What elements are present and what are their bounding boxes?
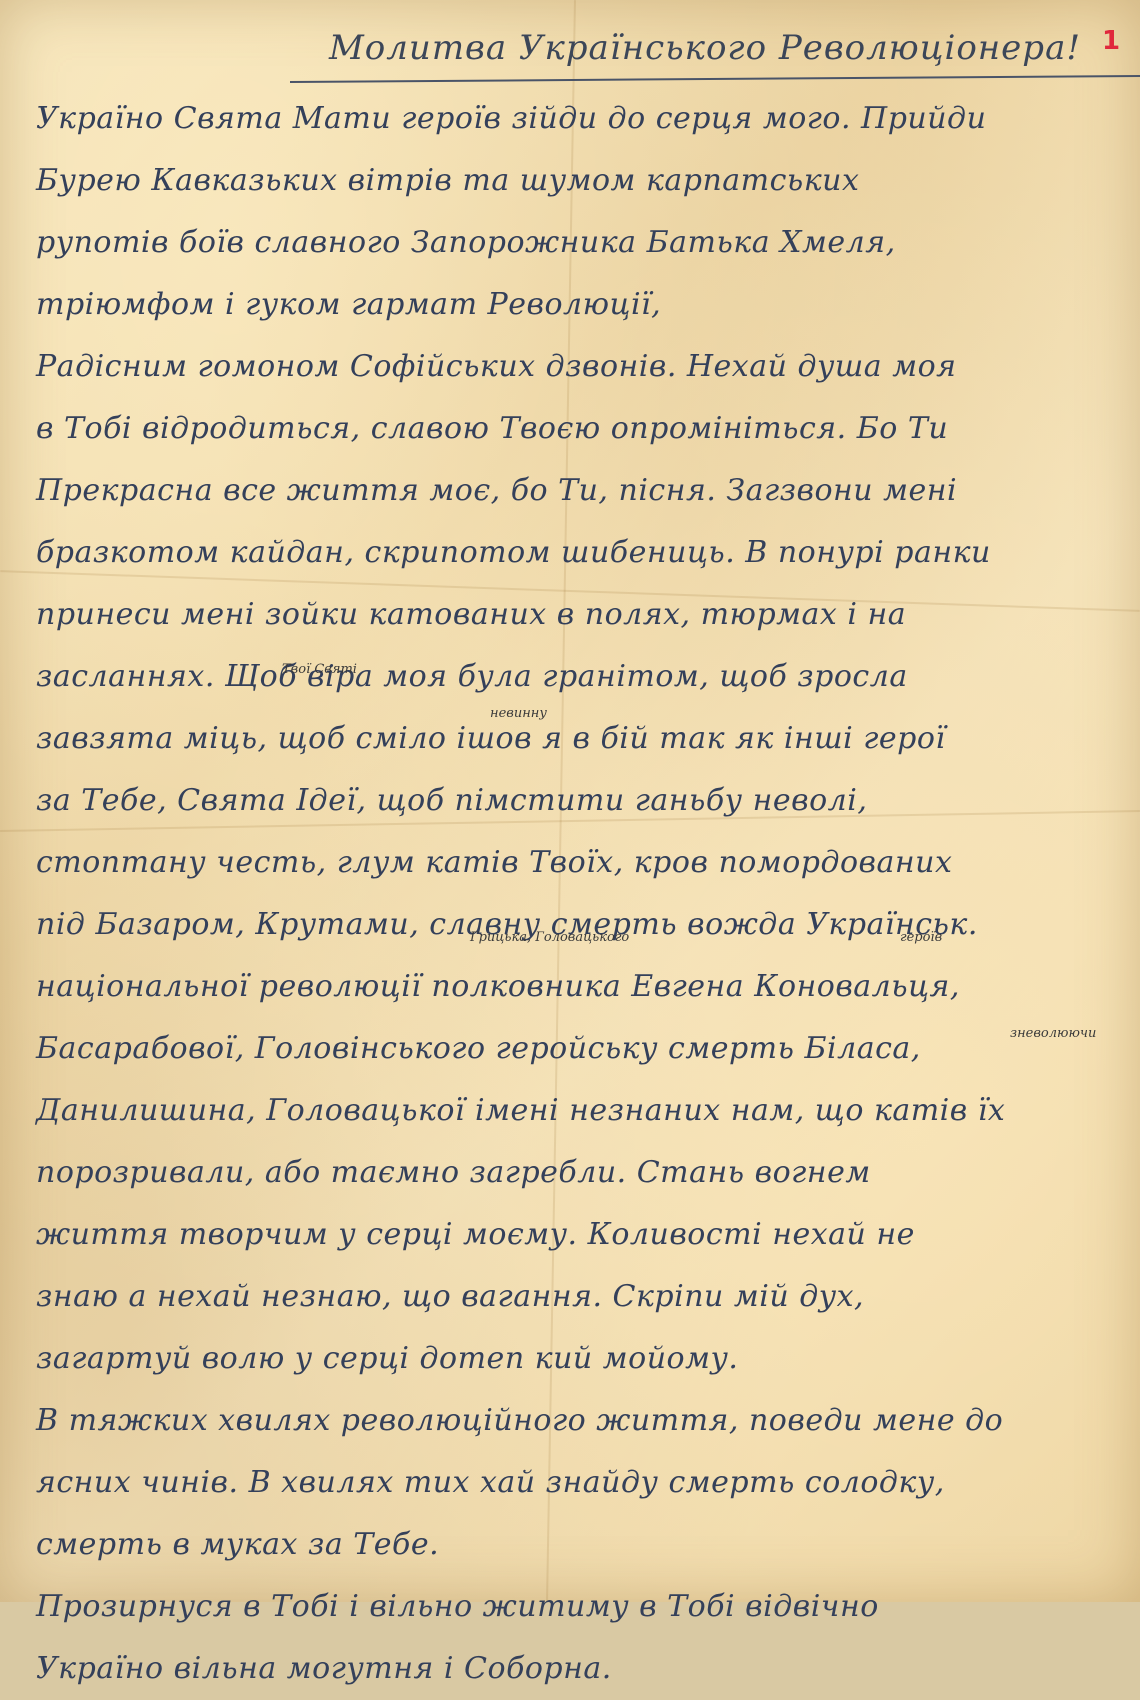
- text-line: засланнях. Щоб віра моя була гранітом, щ…: [36, 646, 1126, 708]
- text-line: знаю а нехай незнаю, що вагання. Скріпи …: [36, 1266, 1126, 1328]
- text-line: принеси мені зойки катованих в полях, тю…: [36, 584, 1126, 646]
- margin-annotation: Твої Святі: [282, 662, 357, 677]
- text-line: Басарабової, Головінського геройську сме…: [36, 1018, 1126, 1080]
- margin-annotation: зневолюючи: [1010, 1026, 1096, 1041]
- text-line: національної революції полковника Евгена…: [36, 956, 1126, 1018]
- text-line: Прозирнуся в Тобі і вільно житиму в Тобі…: [36, 1576, 1126, 1602]
- margin-annotation: героїв: [900, 930, 942, 945]
- text-line: порозривали, або таємно загребли. Стань …: [36, 1142, 1126, 1204]
- text-line: В тяжких хвилях революційного життя, пов…: [36, 1390, 1126, 1452]
- text-line: тріюмфом і гуком гармат Революції,: [36, 274, 1126, 336]
- text-line: Радісним гомоном Софійських дзвонів. Нех…: [36, 336, 1126, 398]
- text-line: життя творчим у серці моєму. Коливості н…: [36, 1204, 1126, 1266]
- text-line: рупотів боїв славного Запорожника Батька…: [36, 212, 1126, 274]
- text-line: Україно Свята Мати героїв зійди до серця…: [36, 88, 1126, 150]
- page-number: 1: [1102, 26, 1120, 56]
- text-line: в Тобі відродиться, славою Твоєю опромін…: [36, 398, 1126, 460]
- text-line: під Базаром, Крутами, славну смерть вожд…: [36, 894, 1126, 956]
- margin-annotation: Грицька, Головацького: [470, 930, 629, 945]
- text-line: Прекрасна все життя моє, бо Ти, пісня. З…: [36, 460, 1126, 522]
- text-line: ясних чинів. В хвилях тих хай знайду сме…: [36, 1452, 1126, 1514]
- text-line: Бурею Кавказьких вітрів та шумом карпатс…: [36, 150, 1126, 212]
- text-line: за Тебе, Свята Ідеї, щоб пімстити ганьбу…: [36, 770, 1126, 832]
- text-line: Данилишина, Головацької імені незнаних н…: [36, 1080, 1126, 1142]
- text-line: смерть в муках за Тебе.: [36, 1514, 1126, 1576]
- text-line: завзята міць, щоб сміло ішов я в бій так…: [36, 708, 1126, 770]
- text-line: загартуй волю у серці дотеп кий мойому.: [36, 1328, 1126, 1390]
- text-line: стоптану честь, глум катів Твоїх, кров п…: [36, 832, 1126, 894]
- handwritten-body: Україно Свята Мати героїв зійди до серця…: [36, 88, 1126, 1602]
- margin-annotation: невинну: [490, 706, 547, 721]
- document-title: Молитва Українського Революціонера!: [300, 28, 1110, 72]
- document-header: Молитва Українського Революціонера!: [300, 28, 1110, 72]
- text-line: бразкотом кайдан, скрипотом шибениць. В …: [36, 522, 1126, 584]
